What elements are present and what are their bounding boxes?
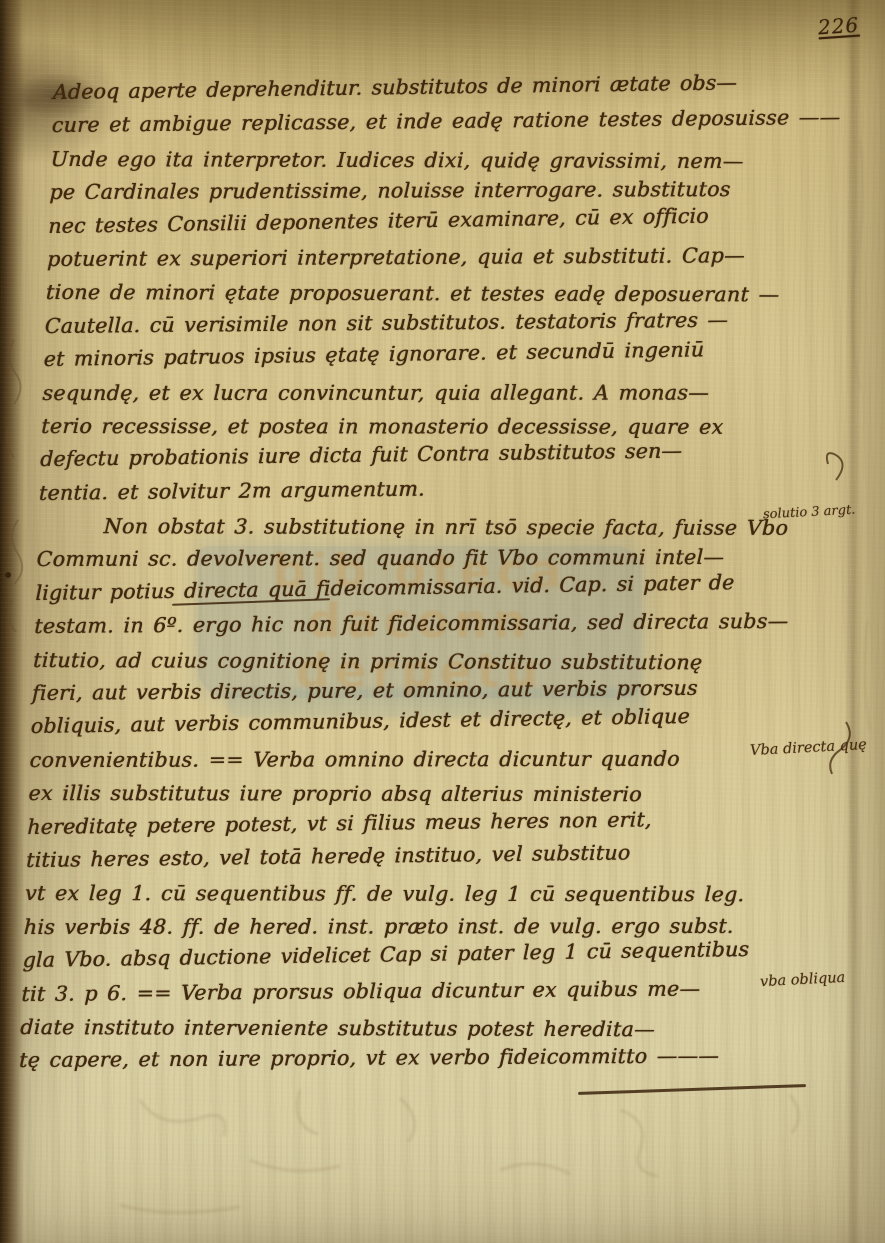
handwritten-line: tit 3. p 6. == Verba prorsus obliqua dic… bbox=[21, 971, 788, 1011]
handwritten-line: testam. in 6º. ergo hic non fuit fideico… bbox=[34, 605, 801, 644]
handwritten-line: cure et ambigue replicasse, et inde eadę… bbox=[51, 102, 818, 143]
handwritten-line: Non obstat 3. substitutionę in nrī tsō s… bbox=[37, 510, 804, 545]
folio-number: 226 bbox=[817, 13, 860, 40]
handwritten-line: tę capere, et non iure proprio, vt ex ve… bbox=[19, 1039, 786, 1077]
handwritten-line: sequndę, et ex lucra convincuntur, quia … bbox=[42, 376, 809, 410]
manuscript-page-scan: 226 bib otecadaconnderpetu Adeoq aperte … bbox=[0, 0, 885, 1243]
ink-underline bbox=[578, 1084, 806, 1094]
margin-note: vba obliqua bbox=[759, 970, 845, 990]
handwritten-line: convenientibus. == Verba omnino directa … bbox=[29, 742, 796, 777]
manuscript-text: Adeoq aperte deprehenditur. substitutos … bbox=[19, 76, 820, 1078]
margin-bullet-mark bbox=[5, 572, 11, 578]
handwritten-line: potuerint ex superiori interpretatione, … bbox=[47, 239, 814, 277]
handwritten-line: vt ex leg 1. cū sequentibus ff. de vulg.… bbox=[24, 877, 791, 912]
